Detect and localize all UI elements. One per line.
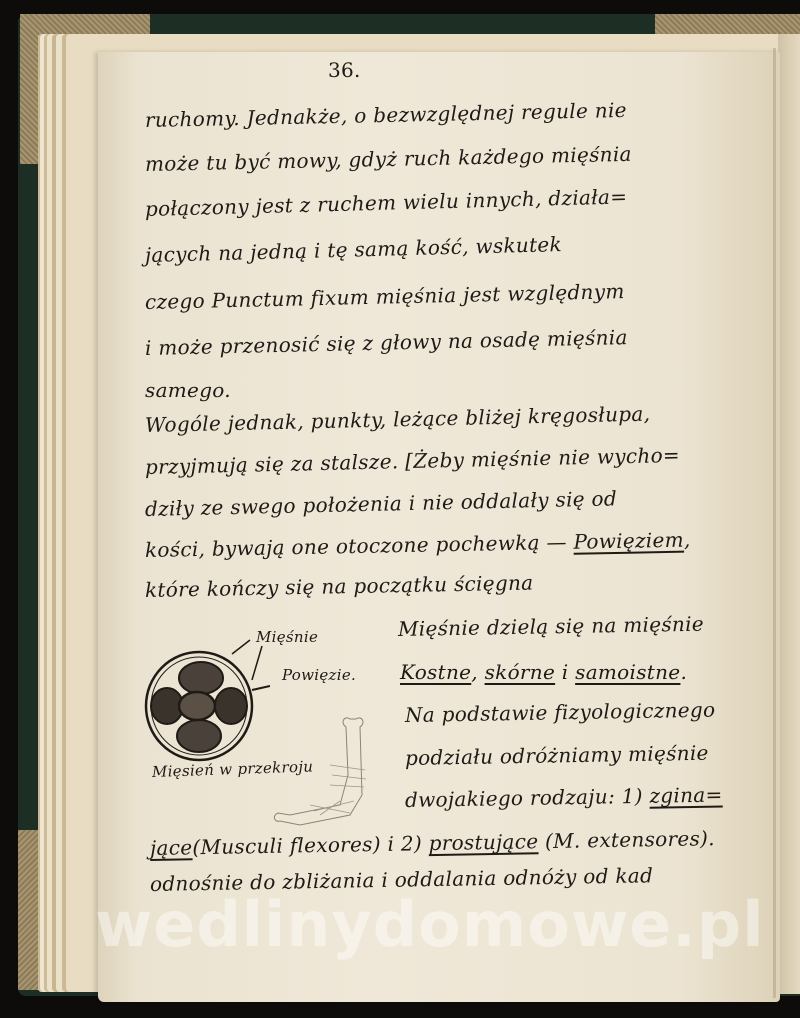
diagram-pointer-lines [230,638,270,698]
page-number: 36. [328,58,361,82]
separator: , [471,660,484,684]
term-zginajace-part2: jące [150,835,193,860]
page-fold-shadow [773,48,776,998]
text-line-7: samego. [145,378,231,402]
separator: . [680,660,687,684]
term-prostujace: prostujące [428,829,538,855]
term-samoistne: samoistne [575,660,680,684]
bone-sketch [270,715,380,835]
term-skorne: skórne [485,660,556,684]
term-zginajace-part1: zgina= [649,782,723,807]
diagram-label-miesnie: Mięśnie [256,628,318,646]
right-line-5-prefix: dwojakiego rodzaju: 1) [405,784,643,812]
latin-extensores: (M. extensores). [545,826,715,853]
watermark: wedlinydomowe.pl [95,888,735,961]
diagram-label-powiezie: Powięzie. [282,666,356,684]
right-line-2: Kostne, skórne i samoistne. [400,660,687,684]
term-kostne: Kostne [400,660,471,684]
term-powieziem: Powięziem [573,528,684,554]
separator: i [555,660,575,684]
cloth-spine-top-right [655,14,800,34]
text-line-11-end: , [684,528,691,552]
latin-flexores: (Musculi flexores) i 2) [192,831,422,859]
facing-page-edge [778,34,800,994]
